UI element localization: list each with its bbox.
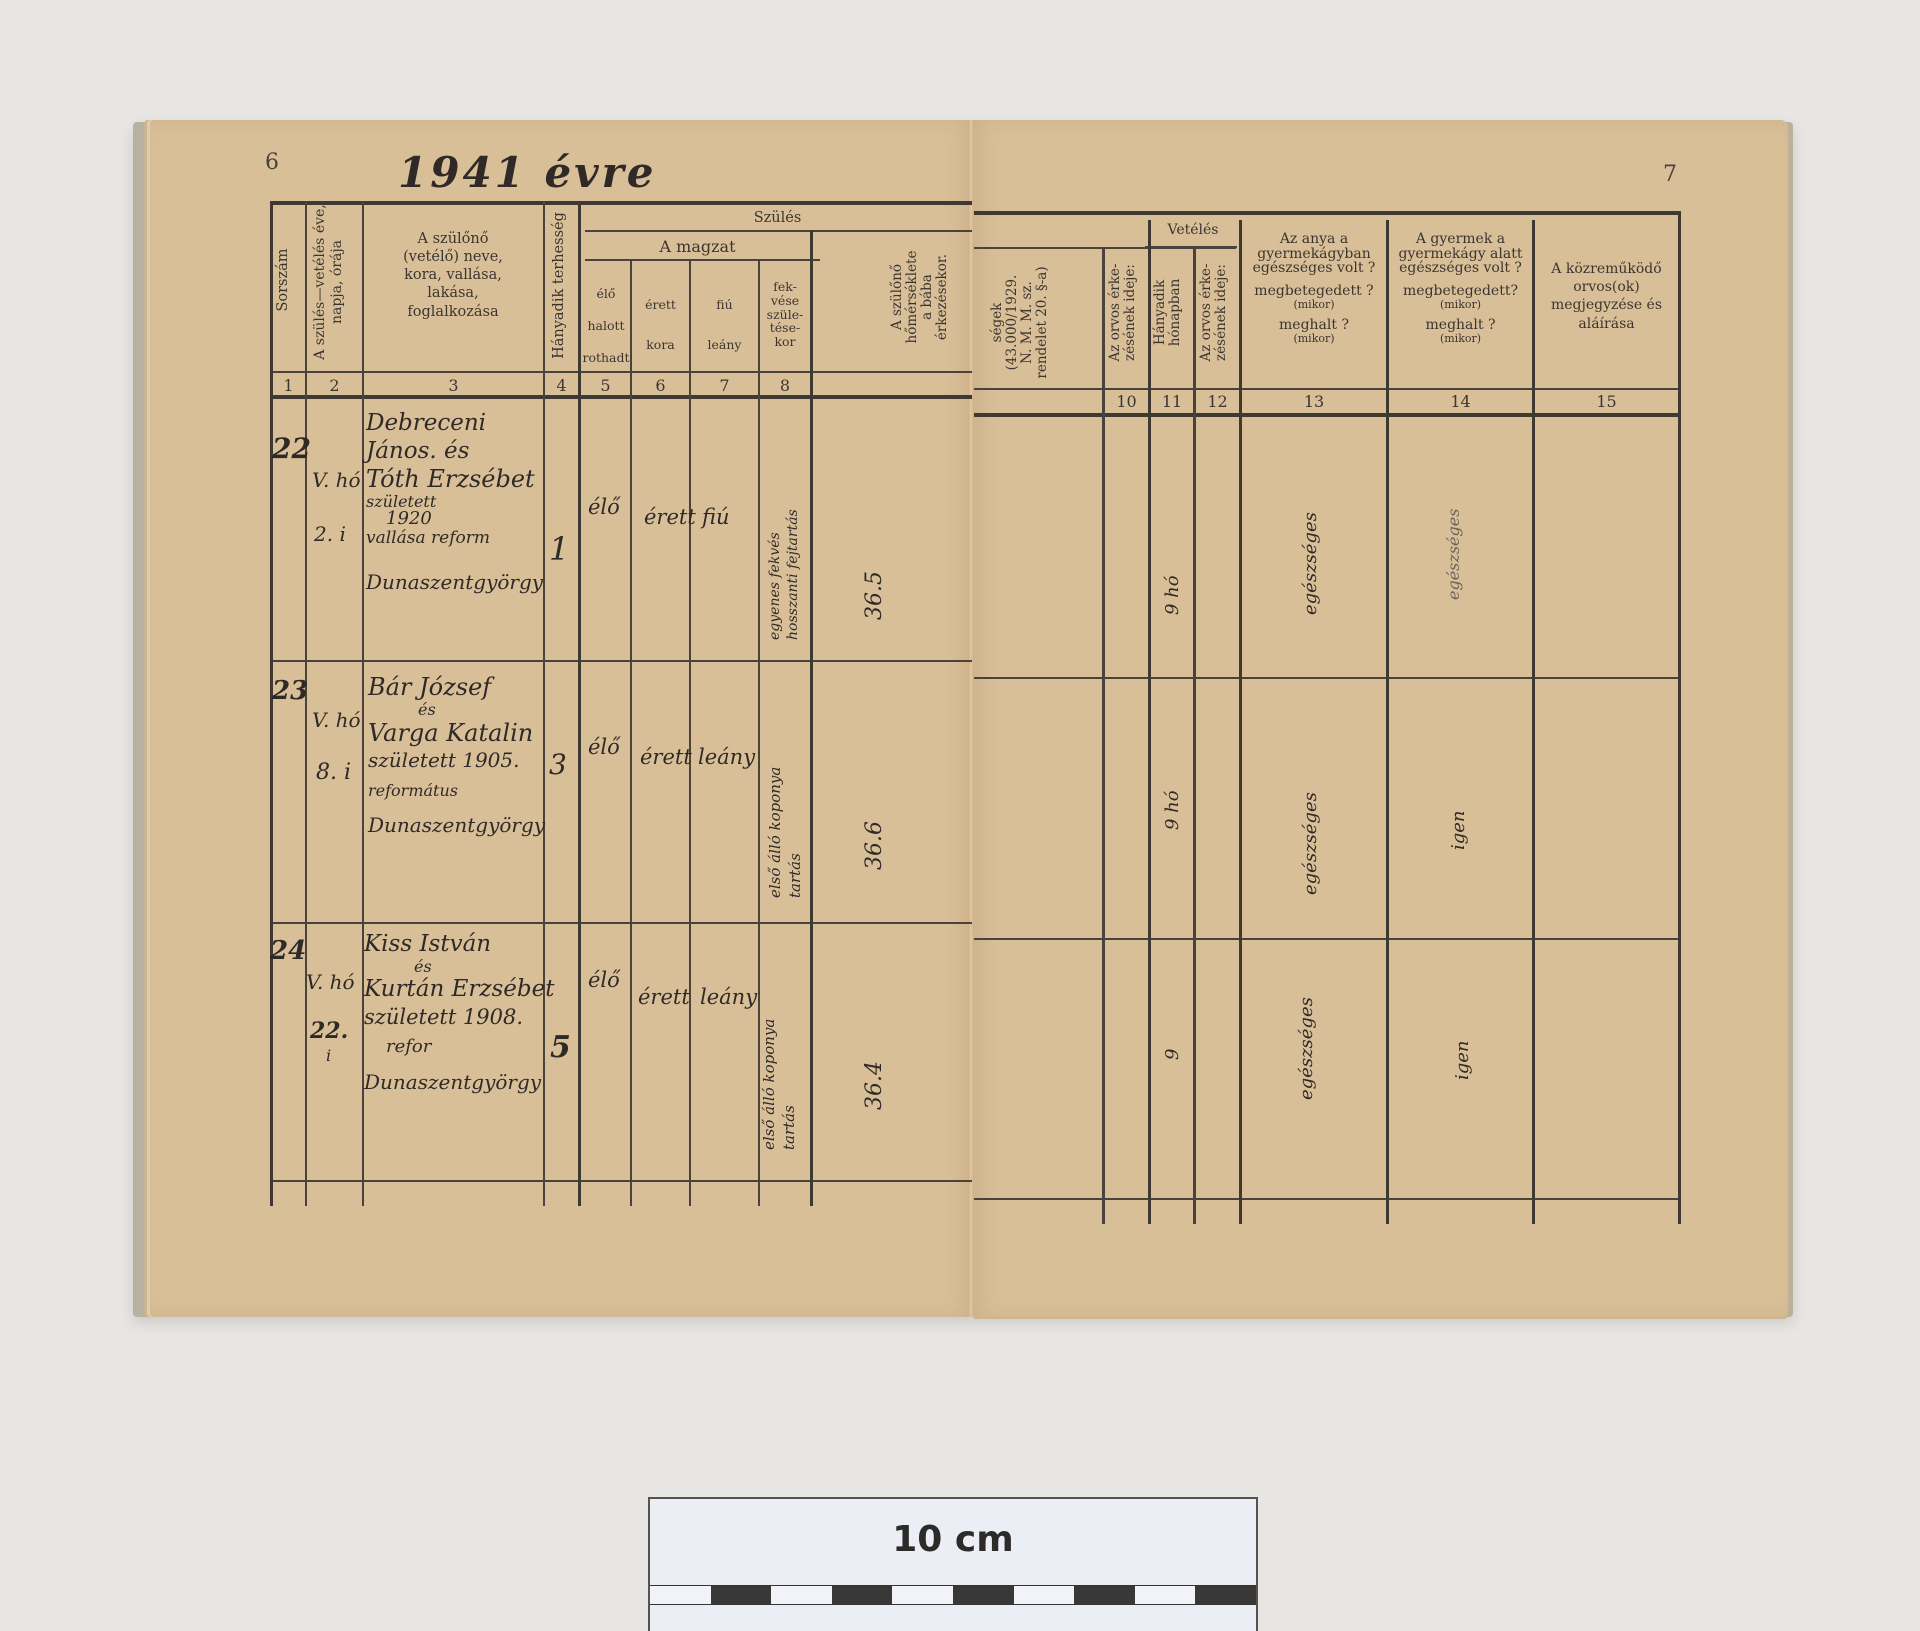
right-colnum-top-rule (974, 388, 1680, 390)
colnum-12: 12 (1196, 392, 1239, 411)
row-fekves: első álló koponya tartás (766, 767, 805, 898)
row-date-suffix: i (326, 1046, 331, 1065)
row-sorszam: 24 (270, 936, 306, 966)
header-hanyadik-honapban: Hányadik hónapban (1153, 245, 1183, 380)
row-elo: élő (588, 968, 620, 992)
colnum-8: 8 (760, 376, 810, 395)
colnum-15: 15 (1535, 392, 1678, 411)
header-magzat-group: A magzat (585, 237, 810, 257)
row-divider-2 (270, 922, 972, 924)
header-fekves: fek- vése szüle- tése- kor (760, 280, 810, 349)
header-szules-group: Szülés (585, 209, 970, 227)
year-heading: 1941 évre (398, 148, 657, 197)
header-vetelés-group: Vetélés (1148, 222, 1238, 240)
row-date-month: V. hó (306, 970, 355, 994)
row-kora: érett (644, 505, 696, 529)
book-gutter (968, 120, 974, 1317)
colnum-11: 11 (1151, 392, 1193, 411)
right-row-divider-3 (974, 1198, 1680, 1200)
colnum-14: 14 (1389, 392, 1532, 411)
row-divider-3 (270, 1180, 972, 1182)
row-homerseklet: 36.6 (862, 821, 887, 870)
colnum-3: 3 (364, 376, 543, 395)
left-page-number: 6 (265, 150, 279, 175)
row-name: Debreceni János. és Tóth Erzsébet szület… (366, 410, 543, 594)
header-name: A szülőnő (vetélő) neve, kora, vallása, … (365, 230, 541, 321)
col-border-4 (578, 201, 581, 1206)
header-date: A szülés—vetélés éve, napja, órája (312, 202, 346, 362)
colnum-2: 2 (307, 376, 362, 395)
colnum-13: 13 (1242, 392, 1386, 411)
szules-group-rule (585, 230, 972, 232)
header-bottom-border (270, 395, 972, 399)
row-anya: egészséges (1296, 997, 1317, 1100)
row-elo: élő (588, 735, 620, 759)
header-nem: fiú leány (691, 285, 758, 365)
right-col-border-11 (1148, 220, 1151, 1224)
right-table-right-border (1678, 211, 1681, 1224)
row-elo: élő (588, 495, 620, 519)
row-date-month: V. hó (312, 708, 361, 732)
row-homerseklet: 36.4 (862, 1061, 887, 1110)
right-table-top-border (974, 211, 1680, 215)
header-elo: élő halott rothadt (582, 278, 630, 374)
row-gyermek: igen (1448, 810, 1469, 850)
row-anya: egészséges (1300, 512, 1321, 615)
scale-bar (650, 1585, 1256, 1605)
row-gyermek: igen (1452, 1040, 1473, 1080)
scale-reference-card: 10 cm (648, 1497, 1258, 1631)
header-gyermek: A gyermek a gyermekágy alatt egészséges … (1389, 232, 1532, 345)
colnum-1: 1 (272, 376, 305, 395)
row-vetel-honap: 9 hó (1162, 790, 1183, 830)
col-border-5 (630, 259, 632, 1206)
colnum-4: 4 (545, 376, 578, 395)
row-date-day: 2. i (314, 522, 346, 546)
row-nem: fiú (702, 505, 730, 529)
colnum-7: 7 (691, 376, 758, 395)
header-orvos-erkezes-vetel: Az orvos érke- zésének ideje: (1199, 245, 1229, 380)
colnum-5: 5 (581, 376, 630, 395)
right-col-border-15 (1532, 220, 1535, 1224)
row-sorszam: 23 (272, 676, 308, 706)
row-terhesseg: 3 (549, 748, 567, 781)
row-anya: egészséges (1300, 792, 1321, 895)
header-anya: Az anya a gyermekágyban egészséges volt … (1242, 232, 1386, 345)
row-name: Kiss István és Kurtán Erzsébet született… (364, 930, 554, 1095)
table-top-border (270, 201, 972, 205)
row-name: Bár József és Varga Katalin született 19… (368, 672, 545, 838)
right-row-divider-2 (974, 938, 1680, 940)
right-header-bottom-border (974, 413, 1680, 417)
header-kora: érett kora (632, 285, 689, 365)
row-terhesseg: 1 (549, 530, 569, 568)
row-terhesseg: 5 (550, 1030, 571, 1065)
col-border-6 (689, 259, 691, 1206)
right-row-divider-1 (974, 677, 1680, 679)
right-page-number: 7 (1663, 162, 1677, 187)
row-date-day: 22. (310, 1018, 348, 1044)
scale-label: 10 cm (650, 1519, 1256, 1560)
row-date-month: V. hó (312, 468, 361, 492)
header-sorszam: Sorszám (275, 200, 292, 360)
row-kora: érett (638, 985, 690, 1009)
header-rendellenessegek: ségek (43.000/1929. N. M. M. sz. rendele… (990, 260, 1049, 385)
row-gyermek: egészséges (1444, 509, 1463, 600)
row-date-day: 8. i (316, 760, 351, 785)
header-orvos-erkezes: Az orvos érke- zésének ideje: (1108, 245, 1138, 380)
right-col-border-13 (1239, 220, 1242, 1224)
row-vetel-honap: 9 hó (1162, 575, 1183, 615)
row-vetel-honap: 9 (1162, 1049, 1183, 1060)
row-nem: leány (700, 985, 757, 1009)
row-divider-1 (270, 660, 972, 662)
header-orvos-megjegyzes: A közreműködő orvos(ok) megjegyzése és a… (1535, 260, 1678, 333)
magzat-group-rule (585, 259, 820, 261)
colnum-10: 10 (1105, 392, 1148, 411)
colnum-6: 6 (632, 376, 689, 395)
row-fekves: első álló koponya tartás (760, 1019, 799, 1150)
row-sorszam: 22 (272, 432, 311, 465)
header-terhesseg: Hányadik terhesség (551, 203, 568, 368)
col-border-8 (810, 230, 813, 1206)
row-fekves: egyenes fekvés hosszanti fejtartás (766, 509, 802, 640)
header-homerseklet: A szülőnő hőmérséklete a bába érkezéseko… (890, 242, 949, 352)
row-kora: érett (640, 745, 692, 769)
row-homerseklet: 36.5 (862, 571, 887, 620)
right-col-border-14 (1386, 220, 1389, 1224)
row-nem: leány (698, 745, 755, 769)
